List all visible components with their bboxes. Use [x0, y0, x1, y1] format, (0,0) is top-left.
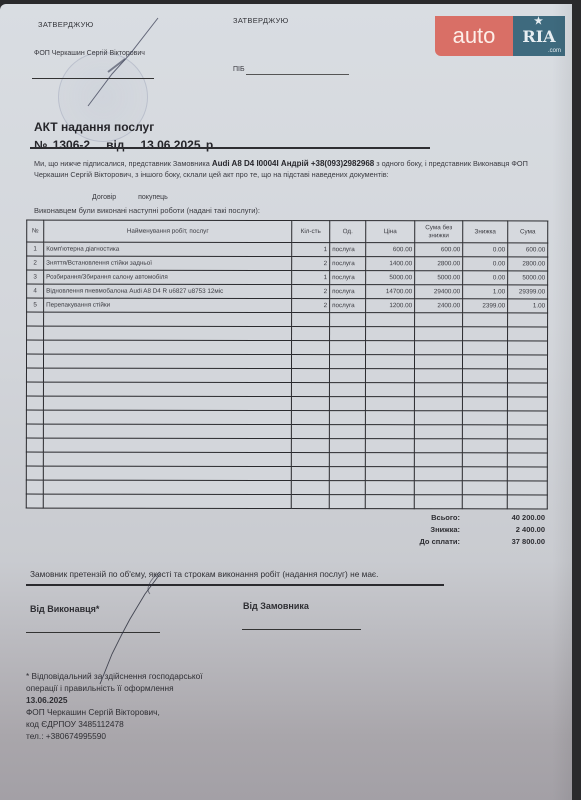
basis-document-party: покупець — [138, 194, 168, 201]
to-pay-row: До сплати:37 800.00 — [380, 537, 545, 549]
basis-document-type: Договір — [92, 194, 116, 201]
act-number: № 1306-2 — [34, 138, 90, 152]
cell-sum: 29399.00 — [508, 285, 548, 299]
cell-empty — [507, 411, 547, 425]
cell-empty — [462, 453, 507, 467]
table-row-empty — [27, 326, 548, 341]
cell-discount: 0.00 — [463, 271, 508, 285]
cell-unit: послуга — [330, 271, 366, 285]
intro-part1: Ми, що нижче підписалися, представник За… — [34, 159, 212, 168]
cell-empty — [329, 355, 365, 369]
cell-empty — [414, 495, 462, 509]
table-row: 5Перепакування стійки2послуга1200.002400… — [27, 298, 548, 313]
footer-block: * Відповідальний за здійснення господарс… — [26, 670, 203, 742]
table-row: 1Комп'ютерна діагностика1послуга600.0060… — [27, 242, 548, 257]
cell-empty — [26, 382, 43, 396]
cell-sum: 5000.00 — [508, 271, 548, 285]
cell-empty — [43, 424, 291, 438]
services-table: № Найменування робіт, послуг Кіл-сть Од.… — [26, 220, 549, 510]
star-icon: ★ — [534, 16, 543, 27]
cell-empty — [507, 453, 547, 467]
cell-qty: 1 — [292, 243, 330, 257]
cell-empty — [27, 340, 44, 354]
discount-value: 2 400.00 — [460, 525, 545, 537]
cell-empty — [291, 439, 329, 453]
executor-signature-line — [26, 632, 160, 633]
cell-empty — [463, 313, 508, 327]
cell-empty — [329, 453, 365, 467]
table-row: 3Розбирання/Збирання салону автомобіля1п… — [27, 270, 548, 285]
cell-name: Зняття/Встановлення стійки задньої — [44, 256, 292, 270]
cell-empty — [507, 439, 547, 453]
cell-empty — [507, 425, 547, 439]
cell-empty — [43, 480, 291, 494]
cell-empty — [507, 383, 547, 397]
cell-empty — [291, 383, 329, 397]
cell-n: 5 — [27, 298, 44, 312]
table-row-empty — [26, 494, 547, 509]
intro-paragraph: Ми, що нижче підписалися, представник За… — [34, 158, 544, 180]
customer-signature-label: Від Замовника — [243, 601, 309, 611]
cell-empty — [44, 312, 292, 326]
cell-qty: 1 — [292, 271, 330, 285]
cell-sum: 1.00 — [508, 299, 548, 313]
cell-n: 3 — [27, 270, 44, 284]
cell-n: 4 — [27, 284, 44, 298]
cell-empty — [507, 481, 547, 495]
cell-sum-no-discount: 2400.00 — [415, 299, 463, 313]
cell-discount: 0.00 — [463, 257, 508, 271]
to-pay-value: 37 800.00 — [460, 537, 545, 549]
cell-empty — [415, 313, 463, 327]
cell-empty — [43, 466, 291, 480]
col-header-price: Ціна — [366, 221, 415, 243]
cell-price: 1200.00 — [366, 299, 415, 313]
to-pay-label: До сплати: — [380, 537, 460, 549]
cell-empty — [414, 355, 462, 369]
cell-empty — [291, 369, 329, 383]
footer-note-2: операції і правильність її оформлення — [26, 682, 203, 694]
cell-empty — [43, 410, 291, 424]
cell-sum-no-discount: 2800.00 — [415, 257, 463, 271]
cell-empty — [365, 439, 414, 453]
cell-sum-no-discount: 29400.00 — [415, 285, 463, 299]
cell-empty — [292, 327, 330, 341]
cell-empty — [43, 354, 291, 368]
cell-empty — [329, 397, 365, 411]
table-row: 2Зняття/Встановлення стійки задньої2посл… — [27, 256, 548, 271]
cell-empty — [462, 495, 507, 509]
claim-rule — [26, 584, 444, 586]
cell-name: Перепакування стійки — [44, 298, 292, 312]
table-row-empty — [27, 312, 548, 327]
cell-empty — [329, 439, 365, 453]
cell-empty — [26, 494, 43, 508]
act-number-line: № 1306-2 від 13.06.2025 р. — [34, 138, 217, 152]
cell-empty — [462, 467, 507, 481]
cell-empty — [291, 481, 329, 495]
cell-empty — [329, 495, 365, 509]
cell-sum: 600.00 — [508, 243, 548, 257]
table-row: 4Відновлення пневмобалона Audi A8 D4 R u… — [27, 284, 548, 299]
cell-unit: послуга — [330, 299, 366, 313]
footer-code: код ЄДРПОУ 3485112478 — [26, 718, 203, 730]
table-row-empty — [26, 382, 547, 397]
approve-right-signature-line — [246, 74, 349, 75]
cell-price: 5000.00 — [366, 271, 415, 285]
col-header-qty: Кіл-сть — [292, 221, 330, 243]
cell-empty — [292, 313, 330, 327]
footer-date: 13.06.2025 — [26, 694, 203, 706]
cell-empty — [365, 355, 414, 369]
cell-empty — [462, 383, 507, 397]
table-row-empty — [26, 368, 547, 383]
approve-right-name-label: ПІБ — [233, 66, 245, 73]
cell-n: 1 — [27, 242, 44, 256]
approve-left-signature-line — [32, 78, 154, 79]
cell-empty — [26, 368, 43, 382]
cell-empty — [26, 354, 43, 368]
cell-empty — [43, 494, 291, 508]
approve-right-label: ЗАТВЕРДЖУЮ — [233, 16, 289, 25]
col-header-n: № — [27, 220, 44, 242]
discount-label: Знижка: — [380, 525, 460, 537]
cell-discount: 2399.00 — [463, 299, 508, 313]
table-row-empty — [26, 466, 547, 481]
total-row: Всього:40 200.00 — [380, 513, 545, 525]
cell-name: Комп'ютерна діагностика — [44, 242, 292, 256]
cell-empty — [366, 341, 415, 355]
act-date-prefix: від — [106, 138, 124, 152]
cell-qty: 2 — [292, 285, 330, 299]
cell-empty — [26, 438, 43, 452]
cell-empty — [365, 369, 414, 383]
cell-price: 14700.00 — [366, 285, 415, 299]
cell-empty — [43, 452, 291, 466]
total-value: 40 200.00 — [460, 513, 545, 525]
cell-empty — [26, 424, 43, 438]
col-header-sum: Сума — [508, 221, 548, 243]
cell-name: Розбирання/Збирання салону автомобіля — [44, 270, 292, 284]
cell-empty — [366, 327, 415, 341]
cell-empty — [365, 467, 414, 481]
cell-empty — [43, 368, 291, 382]
cell-empty — [463, 341, 508, 355]
cell-empty — [462, 425, 507, 439]
cell-empty — [414, 383, 462, 397]
logo-ria-text: RIA — [522, 27, 555, 46]
cell-empty — [414, 397, 462, 411]
customer-signature-line — [242, 629, 361, 630]
cell-empty — [291, 355, 329, 369]
cell-empty — [291, 425, 329, 439]
cell-empty — [507, 369, 547, 383]
cell-empty — [414, 411, 462, 425]
cell-empty — [27, 312, 44, 326]
basis-document: Договір покупець — [92, 194, 168, 201]
cell-empty — [507, 397, 547, 411]
totals-block: Всього:40 200.00 Знижка:2 400.00 До спла… — [380, 513, 545, 549]
no-claims-statement: Замовник претензій по об'єму, якості та … — [30, 569, 378, 579]
logo-ria: ★ RIA .com — [513, 16, 565, 56]
cell-price: 1400.00 — [366, 257, 415, 271]
col-header-discount: Знижка — [463, 221, 508, 243]
cell-empty — [291, 495, 329, 509]
cell-empty — [365, 481, 414, 495]
performed-label: Виконавцем були виконані наступні роботи… — [34, 206, 260, 215]
cell-empty — [462, 411, 507, 425]
cell-empty — [415, 341, 463, 355]
cell-empty — [44, 326, 292, 340]
total-label: Всього: — [380, 513, 460, 525]
cell-empty — [414, 439, 462, 453]
cell-unit: послуга — [330, 257, 366, 271]
cell-empty — [414, 467, 462, 481]
title-rule — [30, 147, 430, 149]
cell-sum: 2800.00 — [508, 257, 548, 271]
col-header-name: Найменування робіт, послуг — [44, 220, 292, 242]
table-row-empty — [26, 354, 547, 369]
approve-left-signer: ФОП Черкашин Сергій Вікторович — [34, 50, 145, 57]
cell-empty — [27, 326, 44, 340]
cell-empty — [26, 480, 43, 494]
cell-empty — [462, 397, 507, 411]
cell-empty — [329, 369, 365, 383]
cell-empty — [26, 410, 43, 424]
autoria-watermark: auto ★ RIA .com — [435, 16, 565, 56]
act-date: 13.06.2025 р. — [140, 138, 216, 152]
cell-empty — [26, 466, 43, 480]
cell-empty — [462, 355, 507, 369]
cell-empty — [365, 383, 414, 397]
cell-empty — [329, 383, 365, 397]
cell-unit: послуга — [330, 285, 366, 299]
footer-note-1: * Відповідальний за здійснення господарс… — [26, 670, 203, 682]
cell-empty — [365, 453, 414, 467]
cell-empty — [292, 341, 330, 355]
approve-left-label: ЗАТВЕРДЖУЮ — [38, 20, 94, 29]
cell-empty — [414, 425, 462, 439]
cell-empty — [414, 481, 462, 495]
document-page: ЗАТВЕРДЖУЮ ФОП Черкашин Сергій Вікторови… — [0, 4, 572, 800]
cell-empty — [462, 369, 507, 383]
cell-empty — [365, 397, 414, 411]
cell-empty — [365, 411, 414, 425]
cell-empty — [291, 397, 329, 411]
cell-empty — [291, 467, 329, 481]
cell-empty — [44, 340, 292, 354]
table-row-empty — [26, 452, 547, 467]
logo-auto: auto — [435, 16, 513, 56]
cell-empty — [330, 341, 366, 355]
cell-empty — [415, 327, 463, 341]
cell-sum-no-discount: 600.00 — [415, 243, 463, 257]
cell-name: Відновлення пневмобалона Audi A8 D4 R u6… — [44, 284, 292, 298]
cell-empty — [43, 382, 291, 396]
cell-empty — [330, 313, 366, 327]
cell-empty — [365, 495, 414, 509]
cell-sum-no-discount: 5000.00 — [415, 271, 463, 285]
cell-empty — [26, 452, 43, 466]
table-row-empty — [26, 438, 547, 453]
cell-empty — [329, 411, 365, 425]
cell-empty — [507, 355, 547, 369]
cell-n: 2 — [27, 256, 44, 270]
executor-signature-label: Від Виконавця* — [30, 604, 99, 614]
cell-price: 600.00 — [366, 243, 415, 257]
cell-empty — [366, 313, 415, 327]
cell-empty — [462, 481, 507, 495]
logo-domain: .com — [548, 48, 561, 54]
col-header-unit: Од. — [330, 221, 366, 243]
table-row-empty — [26, 480, 547, 495]
cell-empty — [26, 396, 43, 410]
footer-entity: ФОП Черкашин Сергій Вікторович, — [26, 706, 203, 718]
table-row-empty — [26, 396, 547, 411]
cell-empty — [43, 438, 291, 452]
cell-empty — [330, 327, 366, 341]
cell-empty — [329, 425, 365, 439]
cell-empty — [414, 453, 462, 467]
table-row-empty — [26, 424, 547, 439]
cell-empty — [43, 396, 291, 410]
cell-empty — [414, 369, 462, 383]
table-row-empty — [27, 340, 548, 355]
cell-empty — [463, 327, 508, 341]
cell-qty: 2 — [292, 299, 330, 313]
cell-discount: 0.00 — [463, 243, 508, 257]
cell-empty — [507, 495, 547, 509]
cell-qty: 2 — [292, 257, 330, 271]
cell-discount: 1.00 — [463, 285, 508, 299]
cell-empty — [329, 481, 365, 495]
cell-unit: послуга — [330, 243, 366, 257]
cell-empty — [291, 453, 329, 467]
cell-empty — [508, 327, 548, 341]
act-title: АКТ надання послуг — [34, 120, 154, 134]
intro-customer: Audi A8 D4 I0004I Андрій +38(093)2982968 — [212, 159, 374, 168]
col-header-sum-no-discount: Сума без знижки — [415, 221, 463, 243]
table-header-row: № Найменування робіт, послуг Кіл-сть Од.… — [27, 220, 548, 243]
table-row-empty — [26, 410, 547, 425]
footer-phone: тел.: +380674995590 — [26, 730, 203, 742]
cell-empty — [329, 467, 365, 481]
cell-empty — [291, 411, 329, 425]
cell-empty — [507, 467, 547, 481]
cell-empty — [462, 439, 507, 453]
discount-row: Знижка:2 400.00 — [380, 525, 545, 537]
cell-empty — [508, 313, 548, 327]
cell-empty — [365, 425, 414, 439]
cell-empty — [508, 341, 548, 355]
